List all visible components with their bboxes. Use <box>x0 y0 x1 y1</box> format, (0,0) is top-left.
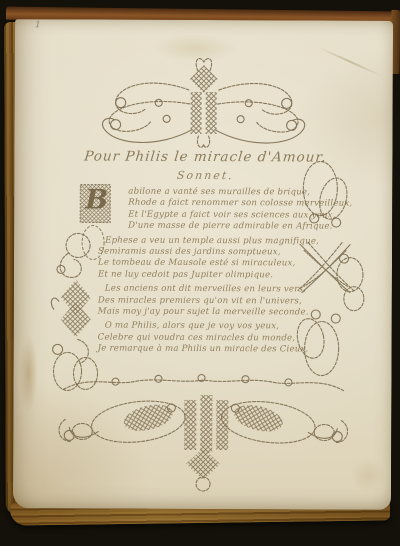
folio-number: 1 <box>35 20 41 30</box>
flourish-bottom-icon <box>53 371 354 492</box>
flourish-right-icon <box>285 156 366 386</box>
paper-stain <box>15 319 41 429</box>
flourish-top-icon <box>88 56 318 154</box>
paper-crease <box>318 46 383 77</box>
manuscript-page: 1 <box>13 19 393 510</box>
